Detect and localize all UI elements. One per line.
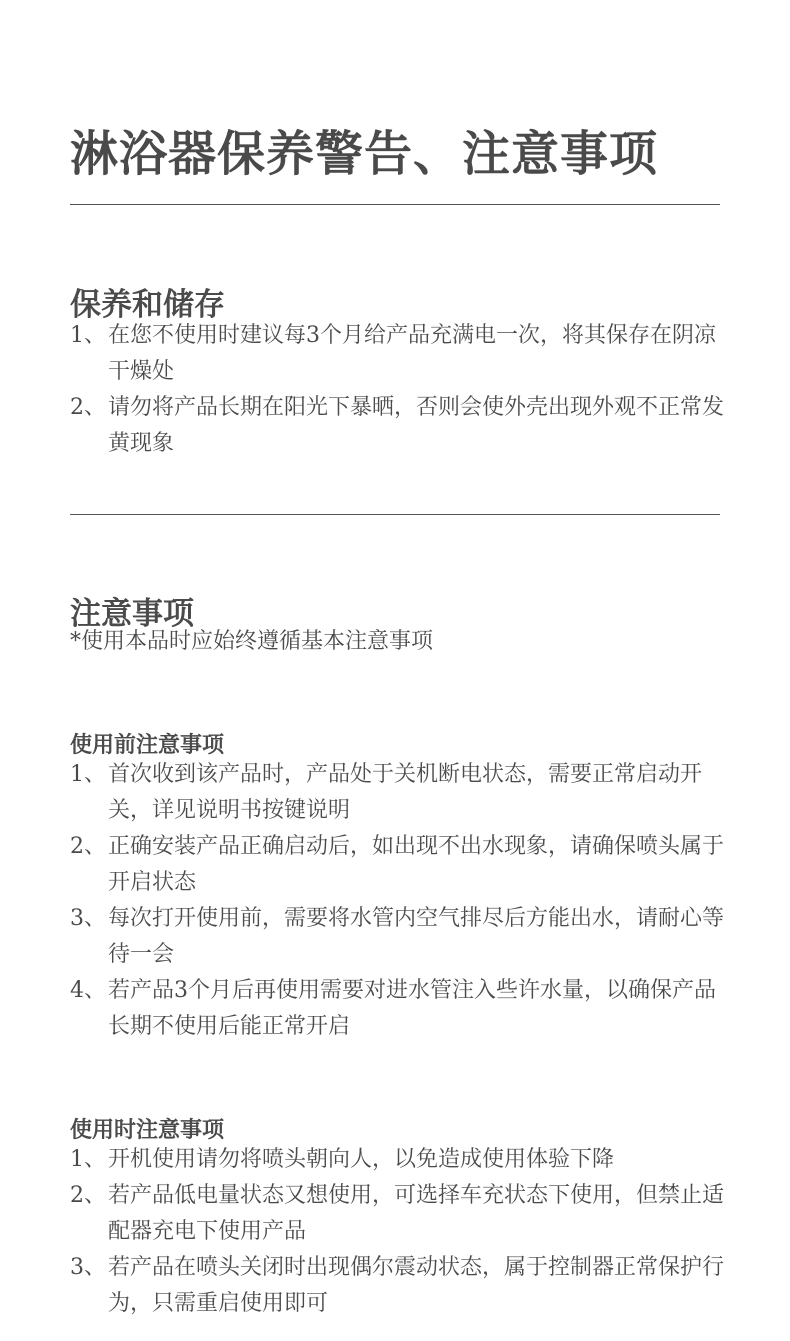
divider bbox=[70, 204, 720, 205]
item-text: 开机使用请勿将喷头朝向人，以免造成使用体验下降 bbox=[108, 1147, 614, 1172]
item-number: 1、 bbox=[70, 757, 108, 793]
item-text: 首次收到该产品时，产品处于关机断电状态，需要正常启动开关，详见说明书按键说明 bbox=[108, 762, 702, 823]
item-number: 2、 bbox=[70, 390, 108, 426]
item-text: 每次打开使用前，需要将水管内空气排尽后方能出水，请耐心等待一会 bbox=[108, 906, 724, 967]
page-title: 淋浴器保养警告、注意事项 bbox=[70, 124, 658, 184]
item-number: 3、 bbox=[70, 901, 108, 937]
list-item: 3、 若产品在喷头关闭时出现偶尔震动状态，属于控制器正常保护行为，只需重启使用即… bbox=[70, 1250, 730, 1322]
item-number: 3、 bbox=[70, 1250, 108, 1286]
list-item: 3、 每次打开使用前，需要将水管内空气排尽后方能出水，请耐心等待一会 bbox=[70, 901, 730, 973]
list-item: 2、 若产品低电量状态又想使用，可选择车充状态下使用，但禁止适配器充电下使用产品 bbox=[70, 1178, 730, 1250]
before-use-list: 1、 首次收到该产品时，产品处于关机断电状态，需要正常启动开关，详见说明书按键说… bbox=[70, 757, 730, 1045]
item-text: 请勿将产品长期在阳光下暴晒，否则会使外壳出现外观不正常发黄现象 bbox=[108, 395, 724, 456]
list-item: 1、 在您不使用时建议每3个月给产品充满电一次，将其保存在阴凉干燥处 bbox=[70, 318, 730, 390]
divider bbox=[70, 514, 720, 515]
notice-note: *使用本品时应始终遵循基本注意事项 bbox=[70, 627, 433, 657]
during-use-list: 1、 开机使用请勿将喷头朝向人，以免造成使用体验下降 2、 若产品低电量状态又想… bbox=[70, 1142, 730, 1322]
item-number: 4、 bbox=[70, 973, 108, 1009]
item-number: 1、 bbox=[70, 1142, 108, 1178]
subsection-heading-during-use: 使用时注意事项 bbox=[70, 1115, 224, 1145]
list-item: 2、 请勿将产品长期在阳光下暴晒，否则会使外壳出现外观不正常发黄现象 bbox=[70, 390, 730, 462]
item-text: 正确安装产品正确启动后，如出现不出水现象，请确保喷头属于开启状态 bbox=[108, 834, 724, 895]
list-item: 1、 首次收到该产品时，产品处于关机断电状态，需要正常启动开关，详见说明书按键说… bbox=[70, 757, 730, 829]
item-number: 2、 bbox=[70, 829, 108, 865]
list-item: 2、 正确安装产品正确启动后，如出现不出水现象，请确保喷头属于开启状态 bbox=[70, 829, 730, 901]
item-text: 在您不使用时建议每3个月给产品充满电一次，将其保存在阴凉干燥处 bbox=[108, 323, 716, 384]
item-number: 2、 bbox=[70, 1178, 108, 1214]
item-number: 1、 bbox=[70, 318, 108, 354]
item-text: 若产品低电量状态又想使用，可选择车充状态下使用，但禁止适配器充电下使用产品 bbox=[108, 1183, 724, 1244]
subsection-heading-before-use: 使用前注意事项 bbox=[70, 730, 224, 760]
care-list: 1、 在您不使用时建议每3个月给产品充满电一次，将其保存在阴凉干燥处 2、 请勿… bbox=[70, 318, 730, 462]
list-item: 1、 开机使用请勿将喷头朝向人，以免造成使用体验下降 bbox=[70, 1142, 730, 1178]
item-text: 若产品在喷头关闭时出现偶尔震动状态，属于控制器正常保护行为，只需重启使用即可 bbox=[108, 1255, 724, 1316]
list-item: 4、 若产品3个月后再使用需要对进水管注入些许水量，以确保产品长期不使用后能正常… bbox=[70, 973, 730, 1045]
item-text: 若产品3个月后再使用需要对进水管注入些许水量，以确保产品长期不使用后能正常开启 bbox=[108, 978, 716, 1039]
